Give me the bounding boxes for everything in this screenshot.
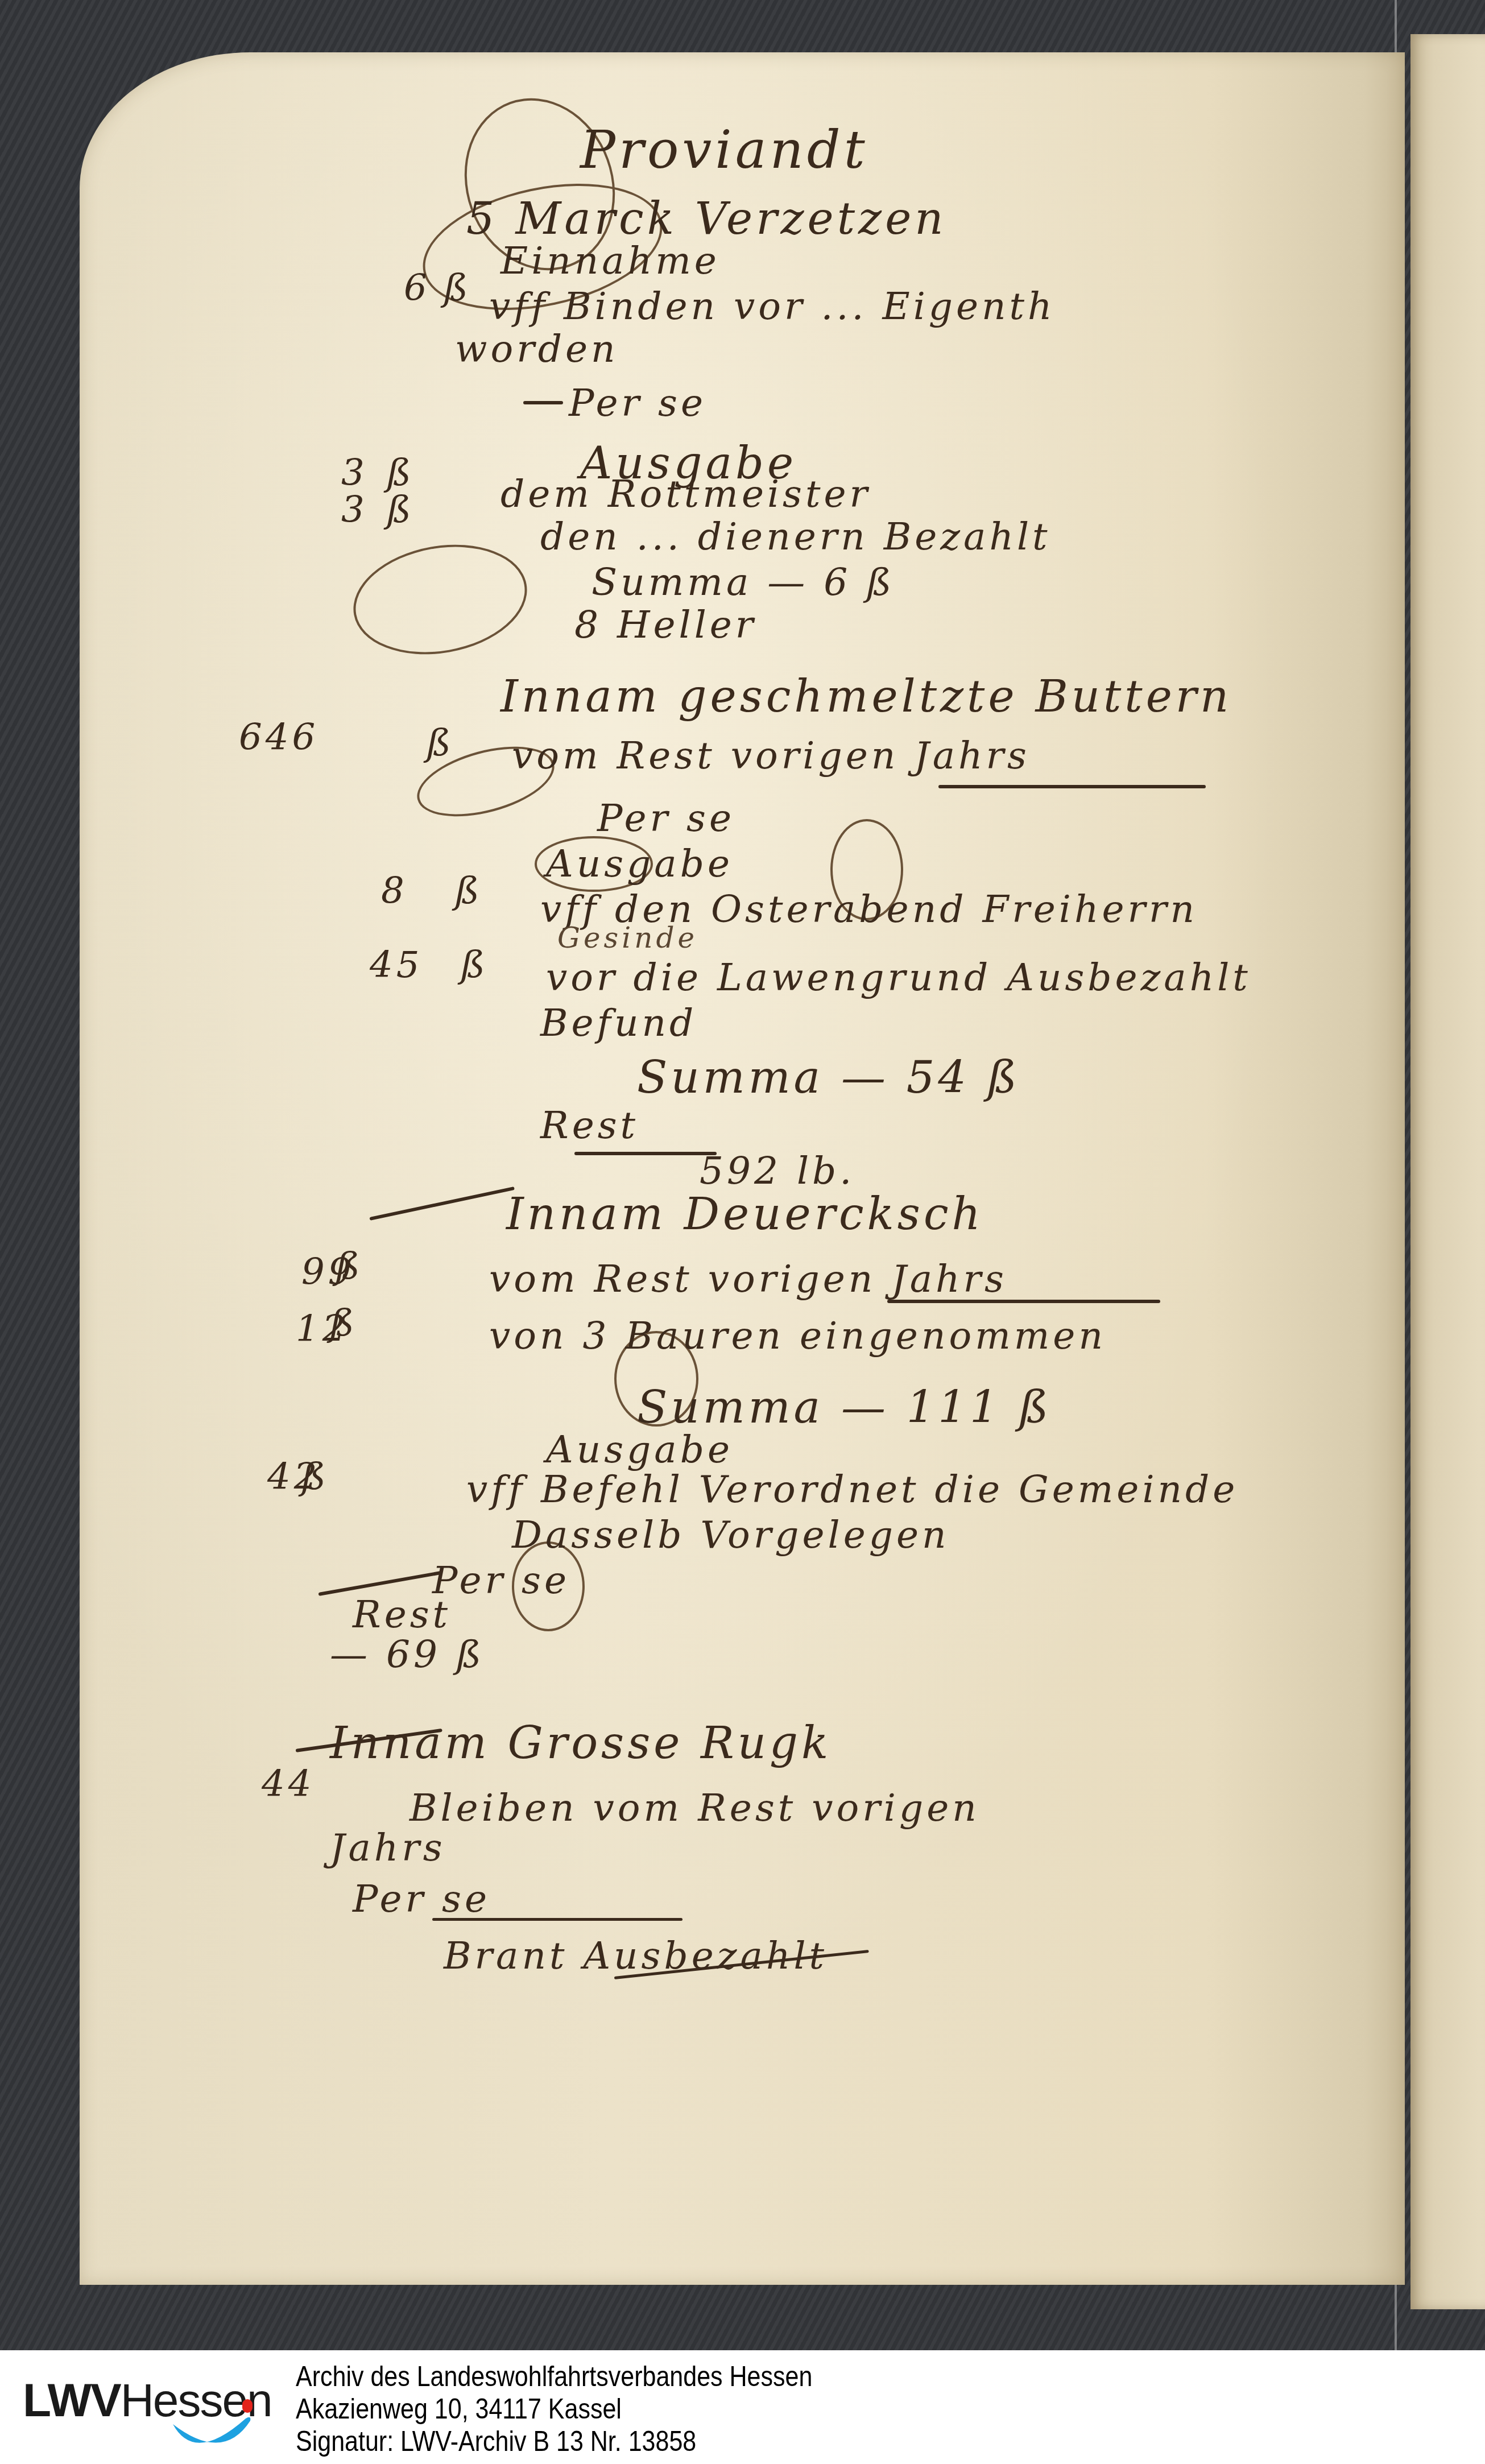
facing-page bbox=[1410, 34, 1485, 2309]
ms-sum: Summa — 111 ß bbox=[637, 1382, 1052, 1433]
ms-line: 5 Marck Verzetzen bbox=[466, 193, 947, 245]
ms-line: Bleiben vom Rest vorigen bbox=[409, 1786, 980, 1830]
ms-closing: Brant Ausbezahlt bbox=[444, 1934, 828, 1978]
ms-line: Per se bbox=[597, 796, 735, 840]
logo-red-dot-icon bbox=[242, 2399, 253, 2413]
ms-unit: ß bbox=[427, 722, 454, 764]
ms-line: Jahrs bbox=[330, 1826, 446, 1870]
ms-line: Innam geschmeltzte Buttern bbox=[500, 671, 1232, 722]
ms-line: Innam Deuercksch bbox=[506, 1189, 984, 1240]
ms-amount: 8 bbox=[381, 870, 408, 912]
archive-footer: LWVHessen Archiv des Landeswohlfahrtsver… bbox=[0, 2350, 1485, 2464]
ms-line: Per se bbox=[432, 1558, 570, 1602]
lwv-hessen-logo: LWVHessen bbox=[17, 2362, 279, 2458]
ms-amount: 44 bbox=[262, 1763, 315, 1805]
ms-unit: ß bbox=[387, 489, 415, 531]
ms-line: den ... dienern Bezahlt bbox=[540, 515, 1051, 559]
underline bbox=[887, 1300, 1160, 1303]
archive-name: Archiv des Landeswohlfahrtsverbandes Hes… bbox=[296, 2360, 812, 2393]
ms-unit: ß bbox=[301, 1456, 329, 1498]
ms-unit: ß bbox=[444, 267, 471, 309]
ms-sum: Summa — 54 ß bbox=[637, 1052, 1020, 1103]
ms-line: vff Befehl Verordnet die Gemeinde bbox=[466, 1467, 1238, 1511]
ms-line: Per se bbox=[353, 1877, 490, 1921]
underline bbox=[574, 1152, 717, 1155]
underline bbox=[432, 1918, 682, 1921]
ms-amount: 646 bbox=[239, 717, 318, 759]
archive-address: Akazienweg 10, 34117 Kassel bbox=[296, 2393, 812, 2425]
ms-unit: ß bbox=[330, 1303, 358, 1345]
ms-amount: 3 bbox=[341, 489, 368, 531]
ms-sum: Summa — 6 ß bbox=[591, 560, 895, 604]
scan-background: Proviandt 5 Marck Verzetzen Einnahme 6 ß… bbox=[0, 0, 1485, 2350]
ms-line: Ausgabe bbox=[546, 1428, 733, 1471]
ms-line: worden bbox=[455, 327, 619, 371]
archive-info: Archiv des Landeswohlfahrtsverbandes Hes… bbox=[296, 2360, 896, 2458]
ms-line: dem Rottmeister bbox=[500, 472, 871, 516]
ms-line: Rest bbox=[540, 1103, 639, 1147]
ms-line: Per se bbox=[569, 381, 706, 425]
ms-amount: 3 bbox=[341, 452, 368, 494]
underline bbox=[938, 785, 1206, 788]
logo-text-bold: LWV bbox=[23, 2375, 121, 2426]
ms-line: 8 Heller bbox=[574, 603, 756, 647]
ms-unit: ß bbox=[336, 1246, 363, 1288]
archive-signature: Signatur: LWV-Archiv B 13 Nr. 13858 bbox=[296, 2425, 812, 2458]
ms-line: Befund bbox=[540, 1001, 697, 1045]
ms-line: vff Binden vor ... Eigenth bbox=[489, 284, 1056, 328]
ms-line: vom Rest vorigen Jahrs bbox=[512, 734, 1030, 778]
ms-sum: — 69 ß bbox=[330, 1632, 485, 1676]
ms-line: Ausgabe bbox=[546, 842, 733, 886]
manuscript-heading: Proviandt bbox=[580, 119, 868, 180]
ms-amount: 45 bbox=[370, 944, 423, 986]
ms-line: vor die Lawengrund Ausbezahlt bbox=[546, 956, 1251, 999]
ms-line: Rest bbox=[353, 1593, 451, 1636]
ms-sum: 592 lb. bbox=[700, 1149, 855, 1193]
ms-amount: 6 bbox=[404, 267, 431, 309]
ms-line: Einnahme bbox=[500, 239, 720, 283]
logo-blue-swoosh-icon bbox=[172, 2413, 257, 2458]
ms-line: vom Rest vorigen Jahrs bbox=[489, 1257, 1007, 1301]
ms-line: Gesinde bbox=[557, 921, 698, 954]
ms-unit: ß bbox=[455, 870, 483, 912]
ms-line: von 3 Bauren eingenommen bbox=[489, 1314, 1106, 1358]
ms-unit: ß bbox=[387, 452, 415, 494]
ms-line: Dasselb Vorgelegen bbox=[512, 1513, 950, 1557]
underline bbox=[523, 401, 563, 404]
ms-line: Innam Grosse Rugk bbox=[330, 1718, 832, 1769]
ms-unit: ß bbox=[461, 944, 489, 986]
